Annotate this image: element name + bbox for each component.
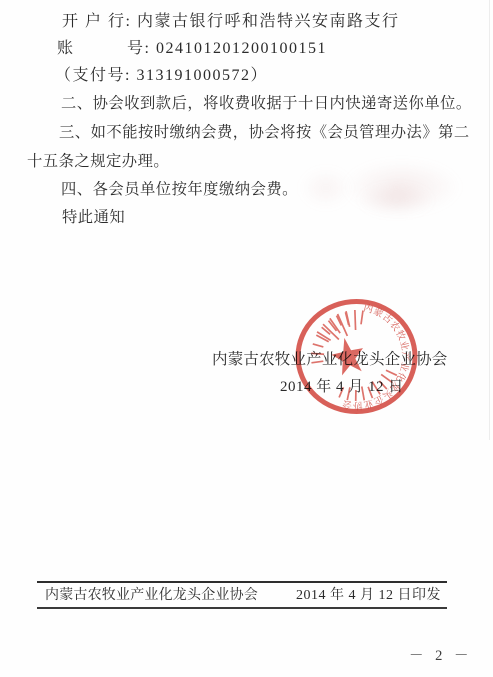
document-page: 开 户 行: 内蒙古银行呼和浩特兴安南路支行 账 号: 024101201200…: [0, 0, 493, 677]
clause-2-line: 二、协会收到款后，将收费收据于十日内快递寄送你单位。: [61, 96, 472, 111]
ink-ghost-smudge: [358, 184, 434, 216]
bank-account-opening-branch-line: 开 户 行: 内蒙古银行呼和浩特兴安南路支行: [62, 14, 399, 30]
payment-number-line: （支付号: 313191000572）: [55, 68, 268, 84]
clause-3-line-1: 三、如不能按时缴纳会费，协会将按《会员管理办法》第二: [59, 125, 470, 140]
ink-ghost-smudge: [300, 168, 352, 208]
page-number: － 2 －: [409, 649, 473, 664]
footer-organization: 内蒙古农牧业产业化龙头企业协会: [45, 589, 258, 603]
scan-edge-shadow: [489, 0, 490, 440]
clause-4-line: 四、各会员单位按年度缴纳会费。: [61, 182, 298, 197]
clause-3-line-2: 十五条之规定办理。: [27, 154, 169, 169]
stamp-star-icon: [329, 335, 368, 377]
footer-print-date: 2014 年 4 月 12 日印发: [296, 589, 441, 603]
footer-divider-top: [37, 581, 447, 583]
footer-divider-bottom: [37, 607, 447, 609]
notice-closing-line: 特此通知: [62, 210, 125, 225]
bank-account-number-line: 账 号: 024101201200100151: [57, 41, 327, 57]
ink-ghost-smudge: [343, 160, 461, 214]
official-seal-stamp: 内蒙古农牧业产业化龙头企业协会: [294, 296, 420, 418]
